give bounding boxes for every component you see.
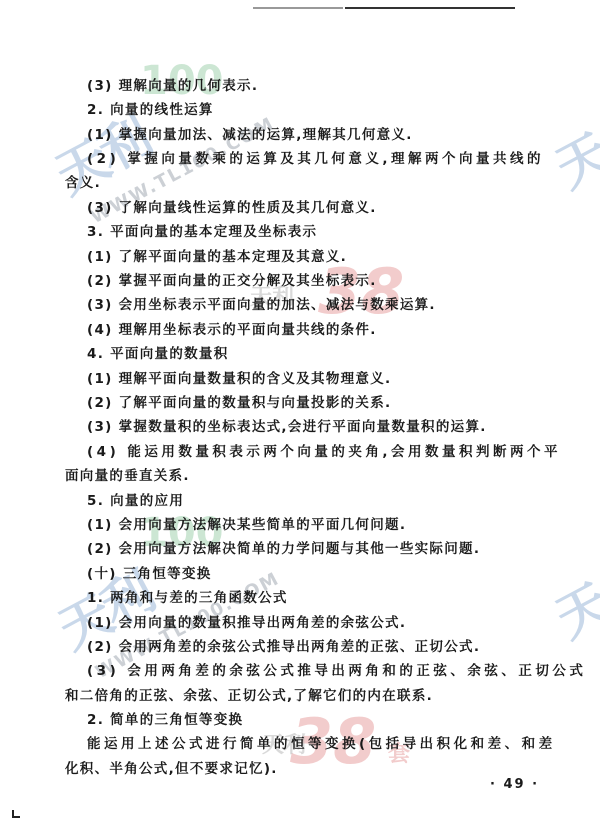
text-line: (1) 掌握向量加法、减法的运算,理解其几何意义. (0, 126, 600, 144)
text-line: (1) 了解平面向量的基本定理及其意义. (0, 248, 600, 266)
text-line: 3. 平面向量的基本定理及坐标表示 (0, 223, 600, 241)
text-line: (3) 掌握数量积的坐标表达式,会进行平面向量数量积的运算. (0, 418, 600, 436)
text-line: 和二倍角的正弦、余弦、正切公式,了解它们的内在联系. (0, 687, 600, 705)
text-line: (3) 理解向量的几何表示. (0, 77, 600, 95)
text-line: 2. 向量的线性运算 (0, 101, 600, 119)
top-rule (435, 7, 515, 9)
text-line: (3) 会用两角差的余弦公式推导出两角和的正弦、余弦、正切公式 (0, 662, 600, 680)
text-line: (1) 会用向量方法解决某些简单的平面几何问题. (0, 516, 600, 534)
text-line: (2) 会用向量方法解决简单的力学问题与其他一些实际问题. (0, 540, 600, 558)
text-line: (2) 会用两角差的余弦公式推导出两角差的正弦、正切公式. (0, 638, 600, 656)
text-line: (3) 了解向量线性运算的性质及其几何意义. (0, 199, 600, 217)
page-number: · 49 · (490, 777, 539, 792)
text-line: (1) 理解平面向量数量积的含义及其物理意义. (0, 370, 600, 388)
text-line: 5. 向量的应用 (0, 492, 600, 510)
text-line: 化积、半角公式,但不要求记忆). (0, 760, 600, 778)
text-line: 2. 简单的三角恒等变换 (0, 711, 600, 729)
text-line: (2) 了解平面向量的数量积与向量投影的关系. (0, 394, 600, 412)
corner-mark (12, 810, 20, 818)
text-line: (十) 三角恒等变换 (0, 565, 600, 583)
text-line: (4) 理解用坐标表示的平面向量共线的条件. (0, 321, 600, 339)
top-rule (253, 7, 343, 9)
text-line: 能运用上述公式进行简单的恒等变换(包括导出积化和差、和差 (0, 735, 600, 753)
text-line: 4. 平面向量的数量积 (0, 345, 600, 363)
text-line: (2) 掌握平面向量的正交分解及其坐标表示. (0, 272, 600, 290)
text-line: (4) 能运用数量积表示两个向量的夹角,会用数量积判断两个平 (0, 443, 600, 461)
text-line: (1) 会用向量的数量积推导出两角差的余弦公式. (0, 614, 600, 632)
text-line: 含义. (0, 174, 600, 192)
text-line: (3) 会用坐标表示平面向量的加法、减法与数乘运算. (0, 296, 600, 314)
text-line: 面向量的垂直关系. (0, 467, 600, 485)
text-line: 1. 两角和与差的三角函数公式 (0, 589, 600, 607)
text-line: (2) 掌握向量数乘的运算及其几何意义,理解两个向量共线的 (0, 150, 600, 168)
